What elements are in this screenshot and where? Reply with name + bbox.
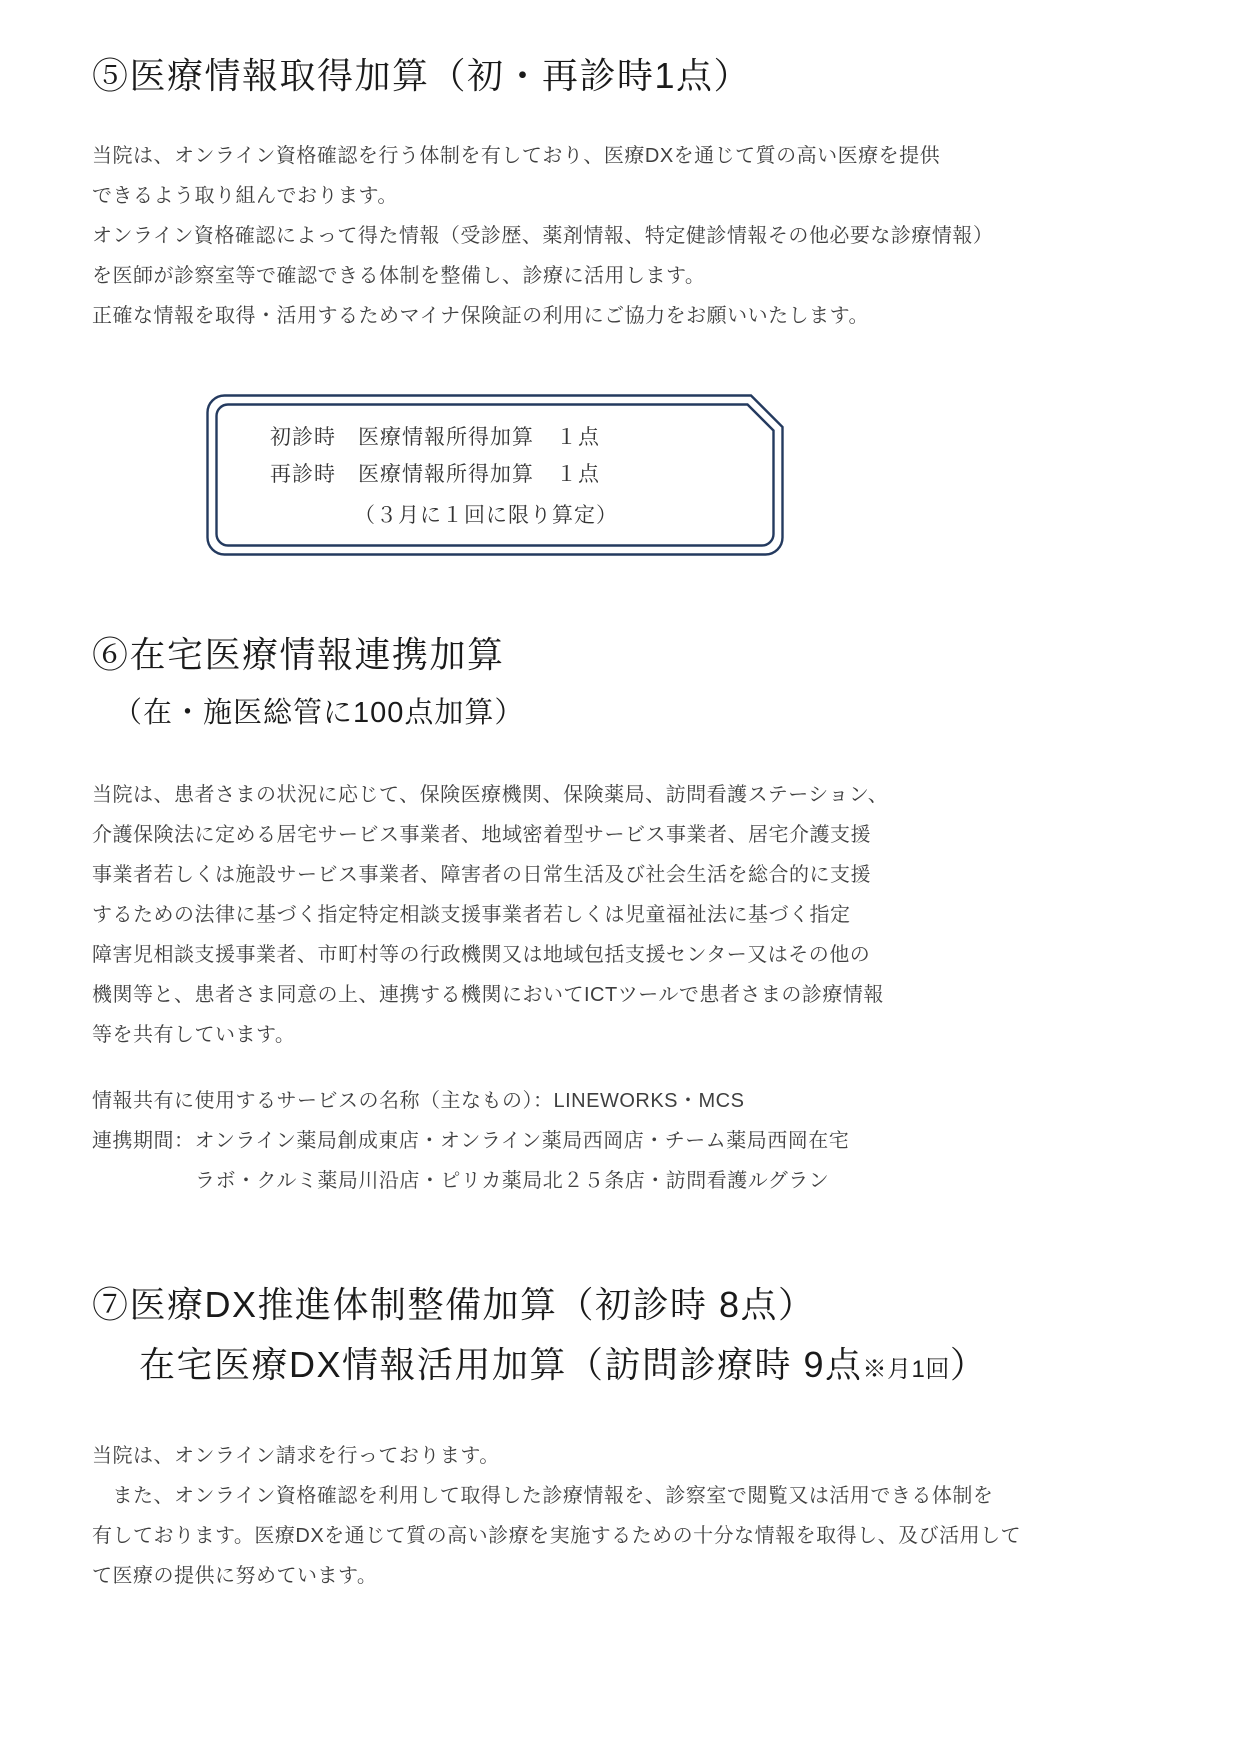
paragraph-line: できるよう取り組んでおります。 <box>92 176 1160 216</box>
fee-line-first-visit: 初診時 医療情報所得加算 １点 <box>270 419 618 456</box>
section7-heading-line2: 在宅医療DX情報活用加算（訪問診療時 9点※月1回） <box>92 1341 1160 1394</box>
partners-line-continued: ラボ・クルミ薬局川沿店・ピリカ薬局北２５条店・訪問看護ルグラン <box>92 1161 1160 1201</box>
paragraph-line: 事業者若しくは施設サービス事業者、障害者の日常生活及び社会生活を総合的に支援 <box>92 855 1160 895</box>
section7-heading-line1: ⑦医療DX推進体制整備加算（初診時 8点） <box>92 1281 1160 1329</box>
section6-subheading: （在・施医総管に100点加算） <box>92 693 1160 733</box>
fee-box-text: 初診時 医療情報所得加算 １点 再診時 医療情報所得加算 １点 （３月に１回に限… <box>270 419 618 534</box>
paragraph-line: 介護保険法に定める居宅サービス事業者、地域密着型サービス事業者、居宅介護支援 <box>92 815 1160 855</box>
paragraph-line: 機関等と、患者さま同意の上、連携する機関においてICTツールで患者さまの診療情報 <box>92 975 1160 1015</box>
fee-line-revisit: 再診時 医療情報所得加算 １点 <box>270 456 618 493</box>
section6-paragraph: 当院は、患者さまの状況に応じて、保険医療機関、保険薬局、訪問看護ステーション、 … <box>92 775 1160 1055</box>
paragraph-line: するための法律に基づく指定特定相談支援事業者若しくは児童福祉法に基づく指定 <box>92 895 1160 935</box>
paragraph-line: て医療の提供に努めています。 <box>92 1556 1160 1596</box>
paragraph-line: 有しております。医療DXを通じて質の高い診療を実施するための十分な情報を取得し、… <box>92 1516 1160 1556</box>
document-page: ⑤医療情報取得加算（初・再診時1点） 当院は、オンライン資格確認を行う体制を有し… <box>0 0 1240 1754</box>
section7-paragraph: 当院は、オンライン請求を行っております。 また、オンライン資格確認を利用して取得… <box>92 1436 1160 1596</box>
section6-heading-block: ⑥在宅医療情報連携加算 （在・施医総管に100点加算） <box>92 631 1160 733</box>
section5-paragraph: 当院は、オンライン資格確認を行う体制を有しており、医療DXを通じて質の高い医療を… <box>92 136 1160 336</box>
services-name-line: 情報共有に使用するサービスの名称（主なもの）：LINEWORKS・MCS <box>92 1081 1160 1121</box>
paragraph-line: 当院は、オンライン資格確認を行う体制を有しており、医療DXを通じて質の高い医療を… <box>92 136 1160 176</box>
paragraph-line: 等を共有しています。 <box>92 1015 1160 1055</box>
paragraph-line: オンライン資格確認によって得た情報（受診歴、薬剤情報、特定健診情報その他必要な診… <box>92 216 1160 256</box>
paragraph-line: 正確な情報を取得・活用するためマイナ保険証の利用にご協力をお願いいたします。 <box>92 296 1160 336</box>
section7-heading-close-paren: ） <box>950 1344 988 1385</box>
fee-line-note: （３月に１回に限り算定） <box>270 497 618 534</box>
section6-heading: ⑥在宅医療情報連携加算 <box>92 631 1160 679</box>
paragraph-line: 当院は、患者さまの状況に応じて、保険医療機関、保険薬局、訪問看護ステーション、 <box>92 775 1160 815</box>
section6-services: 情報共有に使用するサービスの名称（主なもの）：LINEWORKS・MCS 連携期… <box>92 1081 1160 1201</box>
section7-heading-note: ※月1回 <box>863 1356 950 1383</box>
section7-heading-block: ⑦医療DX推進体制整備加算（初診時 8点） 在宅医療DX情報活用加算（訪問診療時… <box>92 1281 1160 1394</box>
paragraph-line: また、オンライン資格確認を利用して取得した診療情報を、診察室で閲覧又は活用できる… <box>92 1476 1160 1516</box>
section5-heading: ⑤医療情報取得加算（初・再診時1点） <box>92 52 1160 100</box>
paragraph-line: 障害児相談支援事業者、市町村等の行政機関又は地域包括支援センター又はその他の <box>92 935 1160 975</box>
partners-line: 連携期間：オンライン薬局創成東店・オンライン薬局西岡店・チーム薬局西岡在宅 <box>92 1121 1160 1161</box>
paragraph-line: 当院は、オンライン請求を行っております。 <box>92 1436 1160 1476</box>
paragraph-line: を医師が診察室等で確認できる体制を整備し、診療に活用します。 <box>92 256 1160 296</box>
fee-box: 初診時 医療情報所得加算 １点 再診時 医療情報所得加算 １点 （３月に１回に限… <box>205 393 785 557</box>
section7-heading-line2-main: 在宅医療DX情報活用加算（訪問診療時 9点 <box>139 1344 863 1385</box>
